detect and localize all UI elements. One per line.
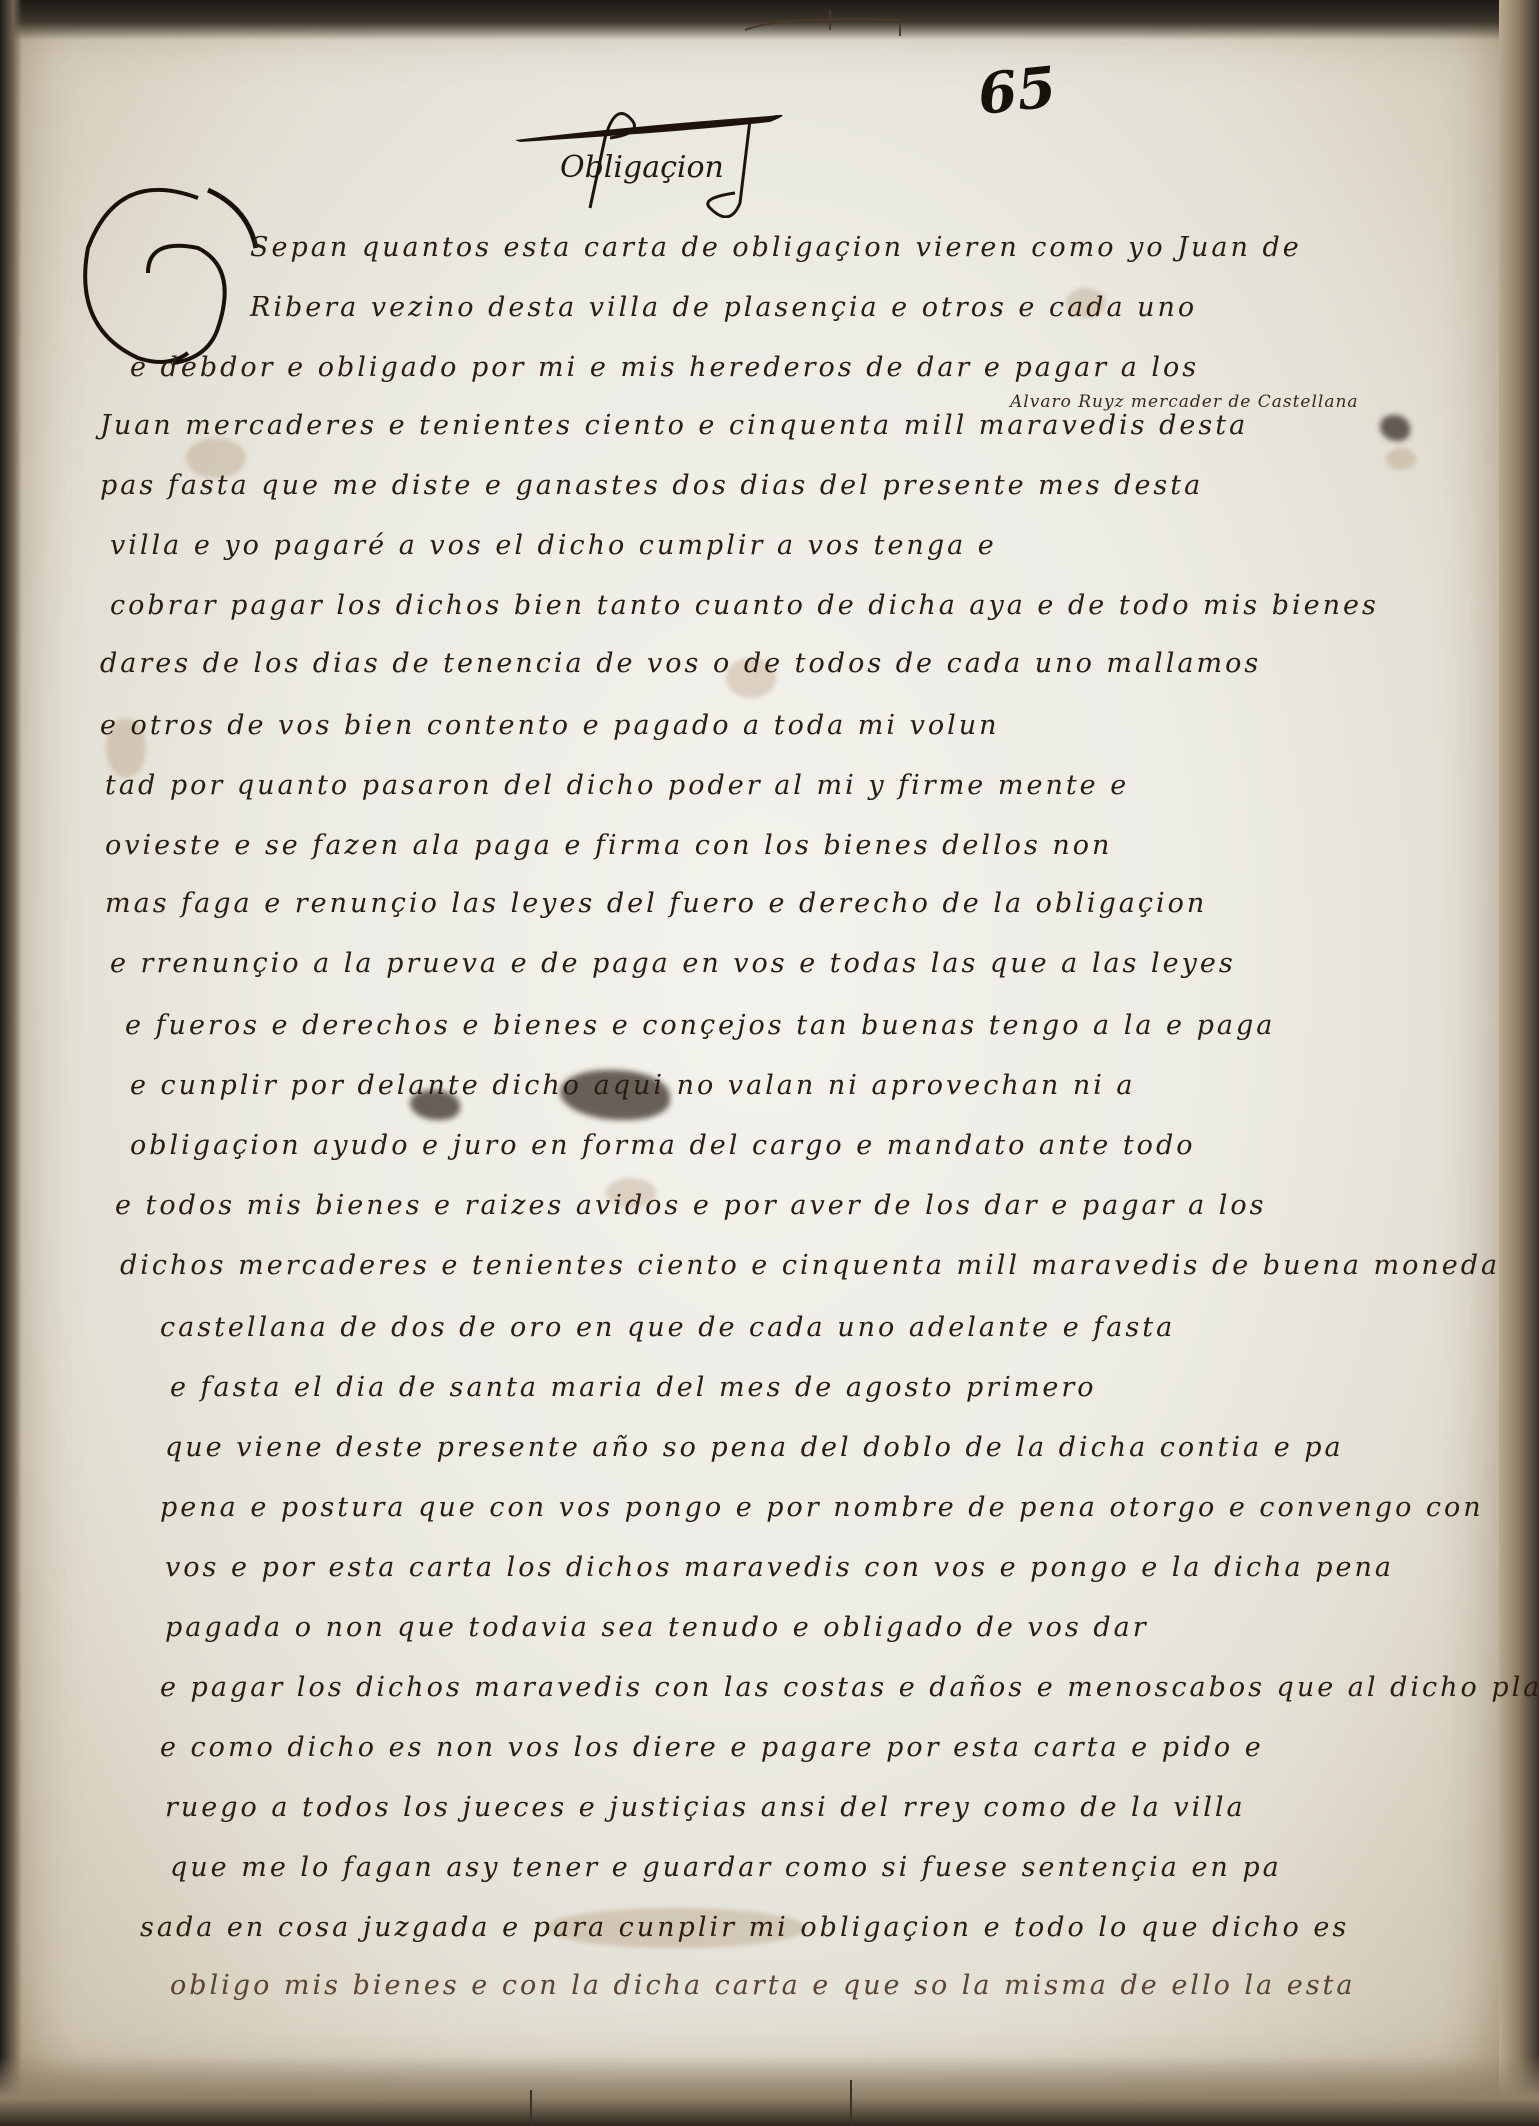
text-line: villa e yo pagaré a vos el dicho cumplir…: [110, 530, 997, 561]
text-line: mas faga e renunçio las leyes del fuero …: [105, 888, 1207, 919]
manuscript-page: 65 Obligaçion Sepan quantos esta carta d…: [0, 0, 1539, 2126]
text-line: que viene deste presente año so pena del…: [165, 1432, 1344, 1463]
text-line: e otros de vos bien contento e pagado a …: [100, 710, 1000, 741]
text-line: e como dicho es non vos los diere e paga…: [160, 1732, 1264, 1763]
text-line: ruego a todos los jueces e justiçias ans…: [165, 1792, 1246, 1823]
text-line: vos e por esta carta los dichos maravedi…: [165, 1552, 1394, 1583]
text-line: castellana de dos de oro en que de cada …: [160, 1312, 1175, 1343]
text-line: tad por quanto pasaron del dicho poder a…: [105, 770, 1129, 801]
text-line: obligo mis bienes e con la dicha carta e…: [170, 1970, 1356, 2001]
text-line: e fasta el dia de santa maria del mes de…: [170, 1372, 1097, 1403]
text-line: sada en cosa juzgada e para cunplir mi o…: [140, 1912, 1349, 1943]
text-line: Juan mercaderes e tenientes ciento e cin…: [100, 410, 1248, 441]
text-line: pena e postura que con vos pongo e por n…: [160, 1492, 1484, 1523]
text-line: dares de los dias de tenencia de vos o d…: [100, 648, 1261, 679]
text-line: e debdor e obligado por mi e mis hereder…: [130, 352, 1199, 383]
text-line: e pagar los dichos maravedis con las cos…: [160, 1672, 1539, 1703]
text-line: e rrenunçio a la prueva e de paga en vos…: [110, 948, 1236, 979]
text-line: e fueros e derechos e bienes e conçejos …: [125, 1010, 1275, 1041]
paper-tear: [850, 2080, 852, 2126]
text-line: pas fasta que me diste e ganastes dos di…: [100, 470, 1203, 501]
text-line: Sepan quantos esta carta de obligaçion v…: [250, 232, 1302, 263]
text-line: que me lo fagan asy tener e guardar como…: [170, 1852, 1282, 1883]
text-line: e todos mis bienes e raizes avidos e por…: [115, 1190, 1267, 1221]
text-line: cobrar pagar los dichos bien tanto cuant…: [110, 590, 1379, 621]
text-line: Ribera vezino desta villa de plasençia e…: [250, 292, 1197, 323]
text-line: ovieste e se fazen ala paga e firma con …: [105, 830, 1112, 861]
text-line: obligaçion ayudo e juro en forma del car…: [130, 1130, 1195, 1161]
paper-tear: [530, 2090, 532, 2126]
text-line: dichos mercaderes e tenientes ciento e c…: [120, 1250, 1500, 1281]
text-line: e cunplir por delante dicho aqui no vala…: [130, 1070, 1136, 1101]
interlinear-note: Alvaro Ruyz mercader de Castellana: [1010, 392, 1359, 412]
text-line: pagada o non que todavia sea tenudo e ob…: [165, 1612, 1149, 1643]
manuscript-text-body: Sepan quantos esta carta de obligaçion v…: [0, 0, 1539, 2126]
